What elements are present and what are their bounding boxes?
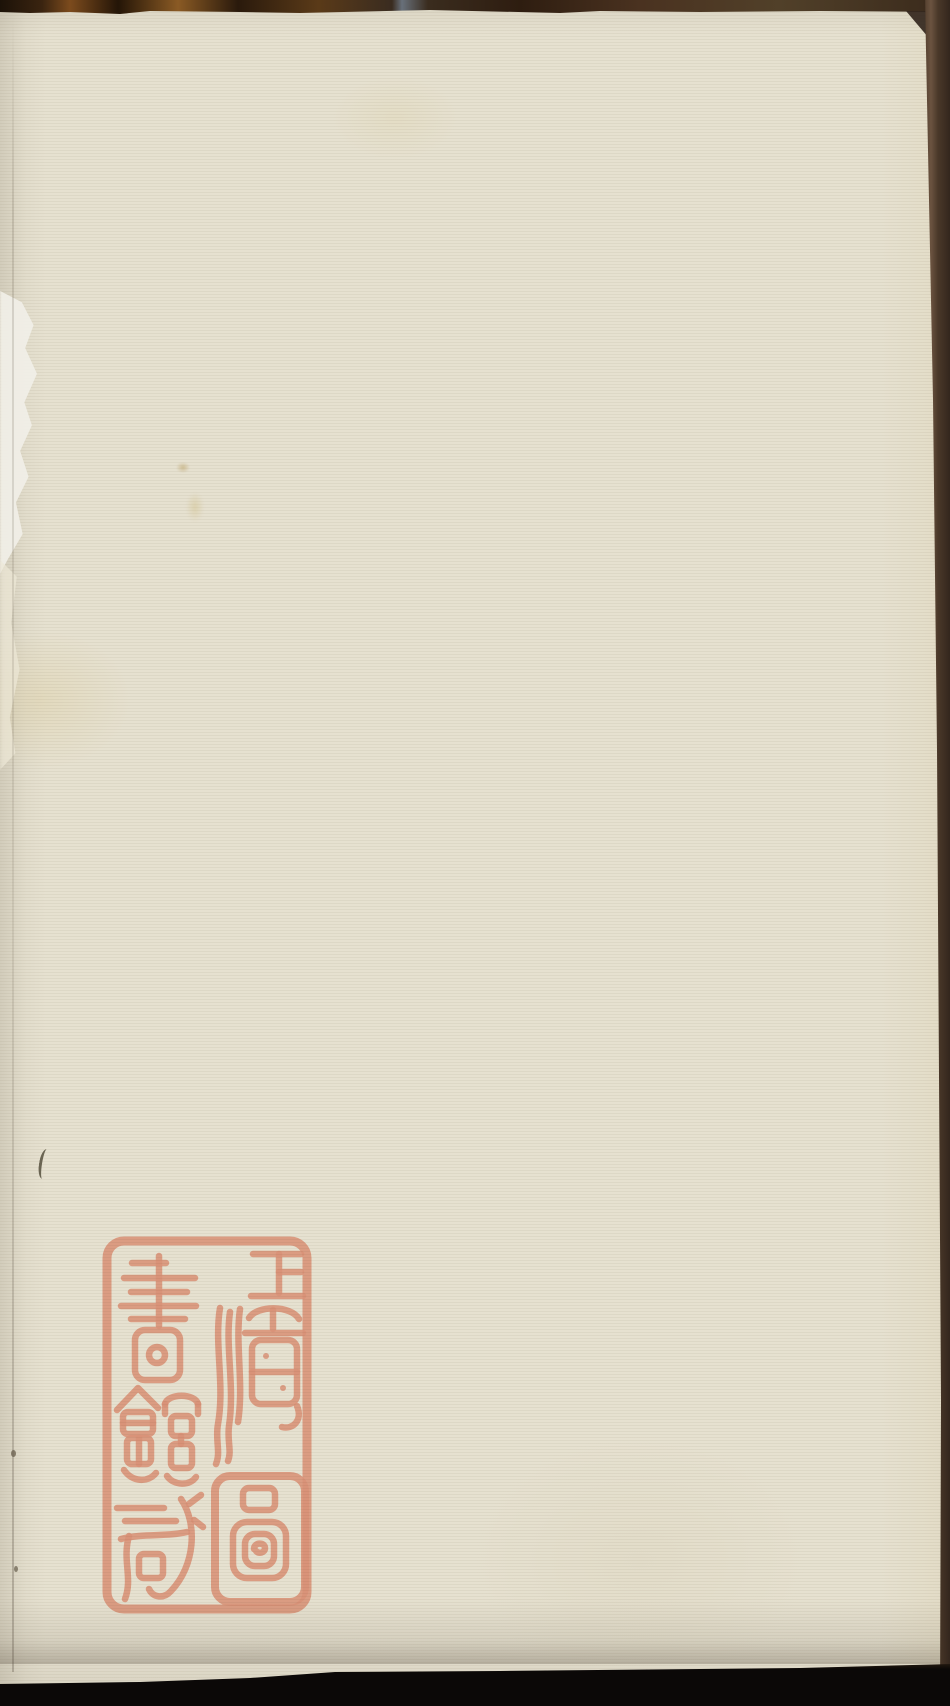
- seal-char-guan: [117, 1388, 198, 1484]
- foxing-stain: [176, 462, 190, 473]
- library-seal: 上海圖書館藏: [102, 1236, 312, 1614]
- seal-char-shu: [121, 1256, 196, 1380]
- seal-char-tu: [215, 1476, 305, 1602]
- seal-char-hai: [216, 1308, 303, 1464]
- foxing-stain-2: [186, 492, 204, 522]
- ink-speck: [14, 1566, 18, 1572]
- ink-speck: [11, 1450, 16, 1457]
- book-scan: 上海圖書館藏: [0, 0, 950, 1706]
- paper-crease: [12, 16, 14, 1672]
- page-bottom-shadow: [0, 1598, 950, 1664]
- seal-graphic: [102, 1236, 312, 1614]
- seal-char-shang: [251, 1254, 303, 1296]
- seal-char-cang: [117, 1495, 203, 1599]
